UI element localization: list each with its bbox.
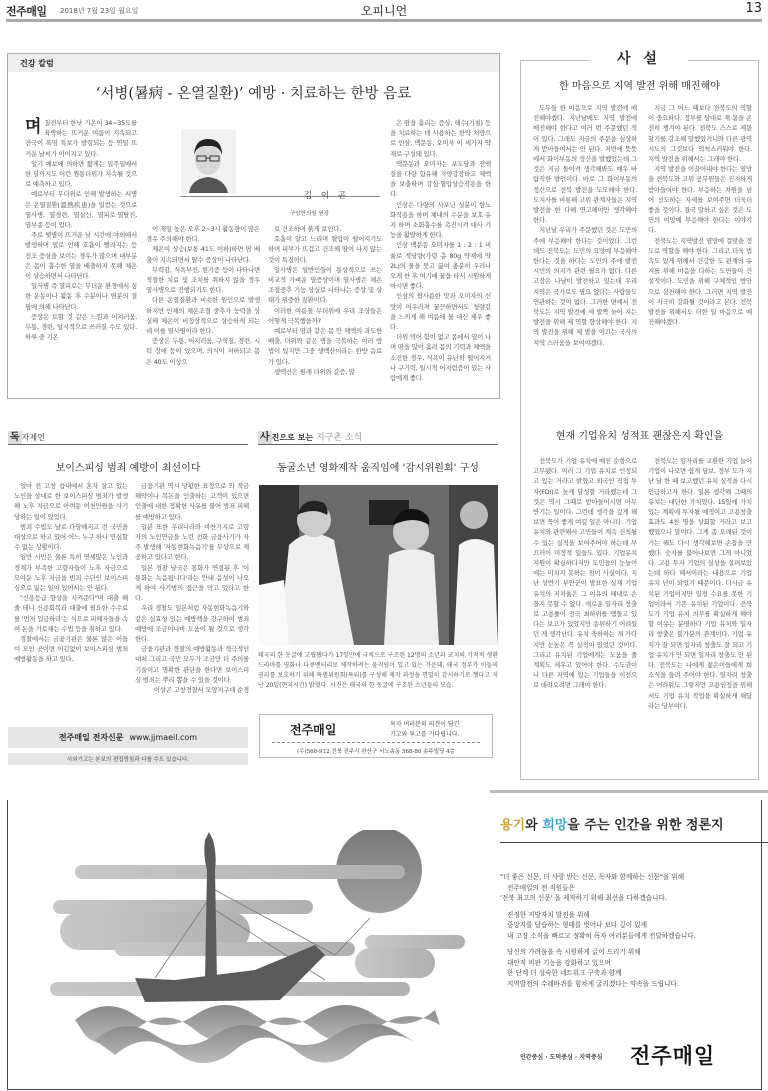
editorial-headline-2: 현재 기업유치 성적표 괜찮은지 확인을 [520, 427, 759, 442]
slogan-block-3: 당신의 가려움을 속 시원하게 긁어 드리기 위해 대안적 비판 기능을 강화하… [500, 947, 765, 989]
slogan-line: '전북 최고의 신문' 을 제작하기 위해 최선을 다하겠습니다. [500, 893, 765, 904]
e-paper-link[interactable]: www.jjmaeil.com [130, 733, 198, 742]
slogan-line: 전주매일의 전 직원들은 [500, 883, 765, 894]
paragraph: 지역 발전을 이끌어내야 한다는 열망을 전북도와 고위 공무원들은 진지하게 … [648, 164, 752, 235]
paragraph: 금융기관 역시 당황한 표정으로 와 적금 해약이나 목돈을 인출하는 고객이 … [135, 481, 249, 522]
editorial-label: 사 설 [590, 48, 688, 68]
paragraph: 예로부터 무더위로 인해 발생하는 서병은 온열질환(溫熱疾患)을 일컫는 것으… [25, 189, 137, 230]
label-cap: 사 [258, 431, 272, 444]
article-column-1: 며칠전부터 한낮 기온이 34~35도를 육박하는 뜨거운 여름이 지속되고 전… [25, 118, 137, 342]
motto: 인간중심 · 도덕중심 · 지역중심 [520, 1052, 602, 1061]
paragraph: 지금 그 어느 때보다 전북도의 역할이 중요하다. 정부를 상대로 제 몫을 … [648, 103, 752, 164]
slogan-block-2: 진정한 지방자치 발전을 위해 중앙지를 답습하는 형태를 벗어나 보다 깊이 … [500, 910, 765, 942]
byline: 이상곤 고창경찰서 모양지구대 순경 [135, 685, 249, 695]
paragraph: 증상은 토할 것 같은 느낌과 어지러움, 두통, 경련, 일시적으로 쓰러질 … [25, 312, 137, 343]
slogan-headline: 용기와 희망을 주는 인간을 위한 정론지 [500, 814, 724, 833]
label-cap: 독 [8, 431, 22, 444]
article-column-4: 은 땀을 흘리는 증상, 해수(기침) 등을 치료하는 데 사용하는 한약 처방… [390, 118, 491, 383]
editorial-1-column-2: 지금 그 어느 때보다 전북도의 역할이 중요하다. 정부를 상대로 제 몫을 … [648, 103, 752, 327]
slogan-text: 을 주는 인간을 위한 정론지 [567, 818, 723, 833]
photo-news-label: 사진으로 보는 지구촌 소식 [258, 428, 362, 443]
paragraph: 다른 온열질환과 비슷한 원인으로 발생하지만 인체의 체온조절 중추가 능력을… [146, 295, 260, 336]
ad-line: 독자 여러분의 의견이 담긴 [390, 720, 459, 730]
reader-column-label: 독자제언 [8, 428, 45, 443]
slogan-line: 한 단계 더 성숙한 네트워크 구축과 함께 [507, 968, 765, 979]
page-number: 13 [745, 1, 762, 16]
paragraph: 일사병 즉 열피로는 무더운 환경에서 심한 운동이나 활동 후 수분이나 염분… [25, 281, 137, 312]
paragraph: 인삼은 다량의 사포닌 성분이 항노화작용을 하며 체내의 수분을 보호·유지 … [390, 200, 491, 241]
label-rule [8, 444, 248, 445]
editorial-2-column-2: 전북도는 일자리를 교환한 기업 늘어 기업이 나오면 쉽게 담보, 정부 도가… [648, 456, 752, 711]
author-name: 김 이 곤 [304, 189, 349, 201]
reader-column-1: 얼마 전 고창 읍내에서 혼자 살고 있는 노인을 상대로 한 보이스피싱 범죄… [14, 481, 128, 665]
header-rule [6, 19, 762, 22]
paragraph: 일본 경찰 당국은 통화가 연결된 후 '이 통화는 녹음됩니다'라는 안내 음… [135, 563, 249, 604]
photo-caption: 태국의 한 동굴에 고립됐다가 17일만에 극적으로 구조된 12명의 소년과 … [258, 651, 498, 691]
paragraph: 은 땀을 흘리는 증상, 해수(기침) 등을 치료하는 데 사용하는 한약 처방… [390, 118, 491, 159]
paragraph: 전북도는 일자리를 교환한 기업 늘어 기업이 나오면 쉽게 담보, 정부 도가… [648, 456, 752, 711]
paragraph: 금융기관과 경찰의 예방활동과 적극적인 대처 그리고 국민 모두가 조금만 더… [135, 644, 249, 685]
paragraph: 지난날 우리가 주문했던 것은 도민의 주에 부응해야 한다는 것이었다. 그런… [533, 225, 637, 347]
drop-cap: 며 [25, 119, 41, 136]
paragraph: 일반 시민은 물론 특히 연세많은 노인과 경계가 부족한 고령자들이 노후 자… [14, 552, 128, 593]
paragraph: 생맥산은 원래 더위와 갈증, 많 [268, 367, 382, 377]
footer-brand-logo: 전주매일 [630, 1040, 715, 1070]
article-headline: ‘서병(暑病 - 온열질환)’ 예방 · 치료하는 한방 음료 [8, 82, 499, 103]
slogan-body: "더 좋은 신문, 더 사랑 받는 신문, 독자와 함께하는 신문"을 위해 전… [500, 872, 765, 995]
ad-divider [272, 742, 480, 743]
paragraph: 무력감, 식욕부진, 현기증 등이 나타나면 적절한 치료 및 조치를 취하지 … [146, 265, 260, 296]
reader-column-2: 금융기관 역시 당황한 표정으로 와 적금 해약이나 목돈을 인출하는 고객이 … [135, 481, 249, 695]
e-paper-name: 전주매일 전자신문 [59, 733, 124, 742]
contribution-ad: 전주매일 독자 여러분의 의견이 담긴 기고와 투고를 기다립니다. (우)56… [259, 714, 493, 758]
slogan-line: 중앙지를 답습하는 형태를 벗어나 보다 깊이 있게 [507, 920, 765, 931]
paragraph: 전북도는 지역발전 열망에 걸맞을 정도로 역할을 해야 한다. 그리고 더욱 … [648, 236, 752, 328]
slogan-line: 진정한 지방자치 발전을 위해 [507, 910, 765, 921]
editorial-headline-1: 한 마음으로 지역 발전 위해 매진해야 [520, 77, 759, 92]
section-title: 오피니언 [0, 2, 768, 19]
paragraph: 이러한 여름철 무더위에 우리 조상들은 어떻게 극복했을까? [268, 306, 382, 326]
ad-text: 독자 여러분의 의견이 담긴 기고와 투고를 기다립니다. [390, 720, 459, 740]
paragraph: 이 제일 높은 오후 2~3시 활동량이 많은 경우 주의해야 한다. [146, 224, 260, 244]
health-column: 건강 칼럼 ‘서병(暑病 - 온열질환)’ 예방 · 치료하는 한방 음료 며칠… [7, 53, 500, 399]
author-photo [181, 129, 236, 193]
ad-address: (우)560-912 전북 전주시 완산구 서노송동 568-80 송주빌딩 4… [260, 747, 492, 755]
news-photo [259, 485, 498, 645]
reader-headline: 보이스피싱 범죄 예방이 최선이다 [8, 459, 248, 474]
paragraph: 전북도가 기업 유치에 매진 순항으로 고무됐다. 여러 그 기업 유치로 인정… [533, 456, 637, 691]
paragraph: 인삼 맥문동 오미자를 1 : 2 : 1 비율로 적당량(가령 총 80g 약… [390, 240, 491, 291]
slogan-line: "더 좋은 신문, 더 사랑 받는 신문, 독자와 함께하는 신문"을 위해 [500, 872, 765, 883]
paragraph: 인삼의 쌉사름한 맛과 오미자의 신맛이 어우러져 꿀끈하면서도 청량감을 느끼… [390, 291, 491, 332]
slogan-line: 지역발전의 수레바퀴를 힘차게 굴리겠다는 약속을 드립니다. [507, 979, 765, 990]
lead-paragraph: 칠전부터 한낮 기온이 34~35도를 육박하는 뜨거운 여름이 지속되고 전국… [25, 119, 137, 158]
paragraph: 증상은 두통, 어지러움, 구역질, 경련, 시력 장애 등이 있으며, 의식이… [146, 336, 260, 367]
paragraph: 도두들 한 마음으로 지역 발전에 매진해야겠다. 지난날에도 지역 발전에 매… [533, 103, 637, 225]
label-text: 자제언 [22, 433, 45, 442]
article-column-2: 이 제일 높은 오후 2~3시 활동량이 많은 경우 주의해야 한다. 체온이 … [146, 224, 260, 367]
photo-news-headline: 동굴소년 영화제작 움직임에 '감시위원회' 구성 [258, 459, 498, 474]
section-divider [490, 790, 768, 793]
contributor-notice: 사외기고는 본보의 편집방침과 다를 수도 있습니다. [8, 753, 248, 765]
paragraph: 주로 햇볕이 뜨거운 낮 시간에 야외에서 발생하며 열로 인해 호흡이 빨라지… [25, 230, 137, 281]
e-paper-banner[interactable]: 전주매일 전자신문www.jjmaeil.com [8, 727, 248, 748]
author-divider [180, 196, 380, 197]
slogan-line: 내 고장 소식을 빠르고 정확히 독자 여러분들에게 전달하겠습니다. [507, 931, 765, 942]
paragraph: "신용등급 향상을 시켜준다"며 대출 해줄 테니 신용회복과 대출에 필요한 … [14, 593, 128, 634]
author-title: 구암한의원 원장 [290, 209, 329, 217]
paragraph: 일사병은 일반인들이 통상적으로 쓰는 비교적 가벼운 열증상이며 열사병은 체… [268, 265, 382, 306]
slogan-word-hope: 희망 [542, 818, 567, 833]
paragraph: 더위 먹어 힘이 없고 몸에서 열이 나며 땀을 많이 흘려 몸의 기력과 체액… [390, 332, 491, 383]
editorial-1-column-1: 도두들 한 마음으로 지역 발전에 매진해야겠다. 지난날에도 지역 발전에 매… [533, 103, 637, 348]
slogan-line: 당신의 가려움을 속 시원하게 긁어 드리기 위해 [507, 947, 765, 958]
paragraph: 일본 또한 우리나라와 마찬가지로 고령자의 노인연금을 노린 전화 금융사기가… [135, 522, 249, 563]
slogan-word-courage: 용기 [500, 818, 525, 833]
paragraph: 일기 예보에 의하면 짧게는 일주일에서 한 달까지도 이런 찜통더위가 지속될… [25, 159, 137, 190]
paragraph: 범죄 수법도 날로 다양해지고 전 국민을 대상으로 하고 있어 어느 누구 하… [14, 522, 128, 553]
paragraph: 우리 경찰도 일본처럼 자동현화녹음기와 같은 실효성 있는 예방책을 강구하여… [135, 603, 249, 644]
label-rule [258, 444, 498, 445]
slogan-line: 대안적 비판 기능을 강화하고 있으며 [507, 958, 765, 969]
slogan-block-1: "더 좋은 신문, 더 사랑 받는 신문, 독자와 함께하는 신문"을 위해 전… [500, 872, 765, 904]
paragraph: 예로부터 땀과 같은 몸 안 체액의 과도한 배출, 더위와 같은 병을 극복하… [268, 326, 382, 367]
ad-brand: 전주매일 [290, 721, 336, 738]
article-column-3: 로 건조하며 붉게 보인다. 호흡이 얕고 느리며 혈압이 떨어지기도 하며 피… [268, 224, 382, 377]
column-label: 건강 칼럼 [8, 54, 499, 72]
ad-line: 기고와 투고를 기다립니다. [390, 730, 459, 740]
paragraph: 로 건조하며 붉게 보인다. [268, 224, 382, 234]
slogan-rule [500, 842, 768, 843]
slogan-text: 와 [525, 818, 542, 833]
paragraph: 얼마 전 고창 읍내에서 혼자 살고 있는 노인을 상대로 한 보이스피싱 범죄… [14, 481, 128, 522]
editorial-2-column-1: 전북도가 기업 유치에 매진 순항으로 고무됐다. 여러 그 기업 유치로 인정… [533, 456, 637, 691]
paragraph: 맥문동과 오미자는 포도당과 전액질을 다량 함유해 자양강장하고 체액을 보충… [390, 159, 491, 200]
label-light: 지구촌 소식 [313, 433, 362, 443]
label-bold: 진으로 보는 [272, 433, 313, 442]
paragraph: 호흡이 얕고 느리며 혈압이 떨어지기도 하며 피부가 뜨겁고 건조해 땀이 나… [268, 234, 382, 265]
ship-illustration [25, 830, 465, 1070]
paragraph: 경찰에서는 금융기관은 물론 많은 이들이 모인 곳이면 어김없이 보이스피싱 … [14, 634, 128, 665]
paragraph: 체온이 상승(보통 41도 이하)하면 땀 배출이 지속되면서 탈수 증상이 나… [146, 244, 260, 264]
